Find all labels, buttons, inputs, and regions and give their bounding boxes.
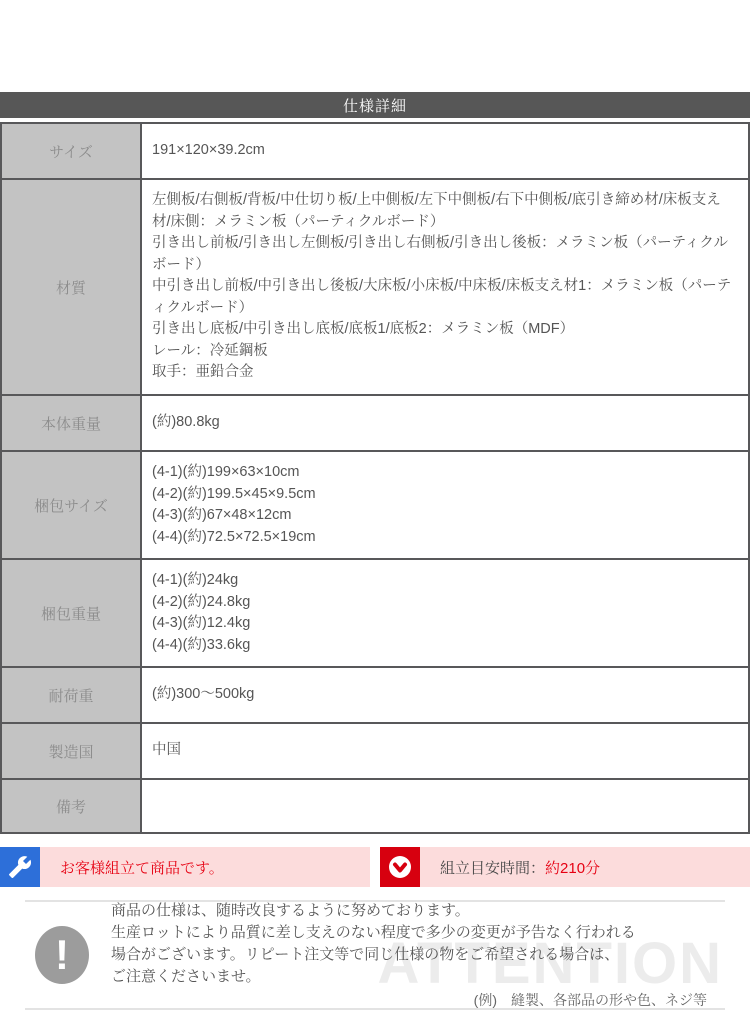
- spec-row-value: 中国: [141, 723, 749, 779]
- attention-example: (例) 縫製、各部品の形や色、ネジ等: [111, 990, 711, 1010]
- spec-row-label: 梱包重量: [1, 559, 141, 667]
- spec-row-label: サイズ: [1, 123, 141, 179]
- spec-value-line: 取手：亜鉛合金: [152, 362, 734, 384]
- table-row: 製造国中国: [1, 723, 749, 779]
- spec-row-label: 製造国: [1, 723, 141, 779]
- spec-table-body: サイズ191×120×39.2cm材質左側板/右側板/背板/中仕切り板/上中側板…: [1, 123, 749, 833]
- assembly-time-notice: 組立目安時間：約210分: [380, 847, 750, 887]
- spec-value-line: 引き出し底板/中引き出し底板/底板1/底板2：メラミン板（MDF）: [152, 319, 734, 341]
- table-row: サイズ191×120×39.2cm: [1, 123, 749, 179]
- assembly-notice-text: お客様組立て商品です。: [60, 857, 224, 878]
- spec-value-line: 左側板/右側板/背板/中仕切り板/上中側板/左下中側板/右下中側板/底引き締め材…: [152, 190, 734, 233]
- wrench-icon: [0, 847, 40, 887]
- assembly-notice: お客様組立て商品です。: [0, 847, 370, 887]
- product-spec-page: 仕様詳細 サイズ191×120×39.2cm材質左側板/右側板/背板/中仕切り板…: [0, 0, 750, 1016]
- spec-value-line: (4-2)(約)24.8kg: [152, 592, 734, 614]
- spec-row-label: 材質: [1, 179, 141, 395]
- spec-value-line: (約)300〜500kg: [152, 684, 734, 706]
- table-row: 本体重量(約)80.8kg: [1, 395, 749, 451]
- notice-row: お客様組立て商品です。 組立目安時間：約210分: [0, 847, 750, 887]
- attention-section: ATTENTION ! 商品の仕様は、随時改良するように努めております。生産ロッ…: [25, 900, 725, 1010]
- spec-row-value: [141, 779, 749, 833]
- table-row: 梱包サイズ(4-1)(約)199×63×10cm(4-2)(約)199.5×45…: [1, 451, 749, 559]
- spec-header-title: 仕様詳細: [343, 95, 407, 116]
- exclamation-icon: !: [35, 926, 89, 984]
- clock-icon: [380, 847, 420, 887]
- spec-row-label: 備考: [1, 779, 141, 833]
- spec-value-line: 引き出し前板/引き出し左側板/引き出し右側板/引き出し後板：メラミン板（パーティ…: [152, 233, 734, 276]
- spec-value-line: (4-3)(約)67×48×12cm: [152, 505, 734, 527]
- attention-line: 場合がございます。リピート注文等で同じ仕様の物をご希望される場合は、: [111, 944, 711, 966]
- spec-table: サイズ191×120×39.2cm材質左側板/右側板/背板/中仕切り板/上中側板…: [0, 122, 750, 834]
- table-row: 梱包重量(4-1)(約)24kg(4-2)(約)24.8kg(4-3)(約)12…: [1, 559, 749, 667]
- spec-row-value: (約)300〜500kg: [141, 667, 749, 723]
- attention-line: 商品の仕様は、随時改良するように努めております。: [111, 900, 711, 922]
- spec-row-value: 191×120×39.2cm: [141, 123, 749, 179]
- spec-row-label: 本体重量: [1, 395, 141, 451]
- spec-value-line: (4-1)(約)199×63×10cm: [152, 462, 734, 484]
- spec-row-value: 左側板/右側板/背板/中仕切り板/上中側板/左下中側板/右下中側板/底引き締め材…: [141, 179, 749, 395]
- spec-value-line: (4-2)(約)199.5×45×9.5cm: [152, 484, 734, 506]
- table-row: 耐荷重(約)300〜500kg: [1, 667, 749, 723]
- attention-text: 商品の仕様は、随時改良するように努めております。生産ロットにより品質に差し支えの…: [111, 900, 711, 988]
- spec-value-line: 中引き出し前板/中引き出し後板/大床板/小床板/中床板/床板支え材1：メラミン板…: [152, 276, 734, 319]
- spec-value-line: (約)80.8kg: [152, 412, 734, 434]
- spec-value-line: (4-1)(約)24kg: [152, 570, 734, 592]
- spec-header-bar: 仕様詳細: [0, 92, 750, 118]
- spec-value-line: レール：冷延鋼板: [152, 341, 734, 363]
- table-row: 材質左側板/右側板/背板/中仕切り板/上中側板/左下中側板/右下中側板/底引き締…: [1, 179, 749, 395]
- attention-line: ご注意くださいませ。: [111, 966, 711, 988]
- spec-row-value: (4-1)(約)199×63×10cm(4-2)(約)199.5×45×9.5c…: [141, 451, 749, 559]
- spec-row-value: (約)80.8kg: [141, 395, 749, 451]
- spec-value-line: (4-3)(約)12.4kg: [152, 613, 734, 635]
- attention-line: 生産ロットにより品質に差し支えのない程度で多少の変更が予告なく行われる: [111, 922, 711, 944]
- assembly-time-label: 組立目安時間：: [440, 857, 545, 878]
- spec-value-line: (4-4)(約)72.5×72.5×19cm: [152, 527, 734, 549]
- attention-body: 商品の仕様は、随時改良するように努めております。生産ロットにより品質に差し支えの…: [111, 900, 711, 1010]
- spec-value-line: 191×120×39.2cm: [152, 140, 734, 162]
- assembly-time-value: 約210分: [545, 857, 600, 878]
- spec-row-label: 耐荷重: [1, 667, 141, 723]
- spec-value-line: 中国: [152, 740, 734, 762]
- spec-value-line: (4-4)(約)33.6kg: [152, 635, 734, 657]
- exclamation-glyph: !: [55, 931, 69, 979]
- table-row: 備考: [1, 779, 749, 833]
- spec-row-label: 梱包サイズ: [1, 451, 141, 559]
- spec-row-value: (4-1)(約)24kg(4-2)(約)24.8kg(4-3)(約)12.4kg…: [141, 559, 749, 667]
